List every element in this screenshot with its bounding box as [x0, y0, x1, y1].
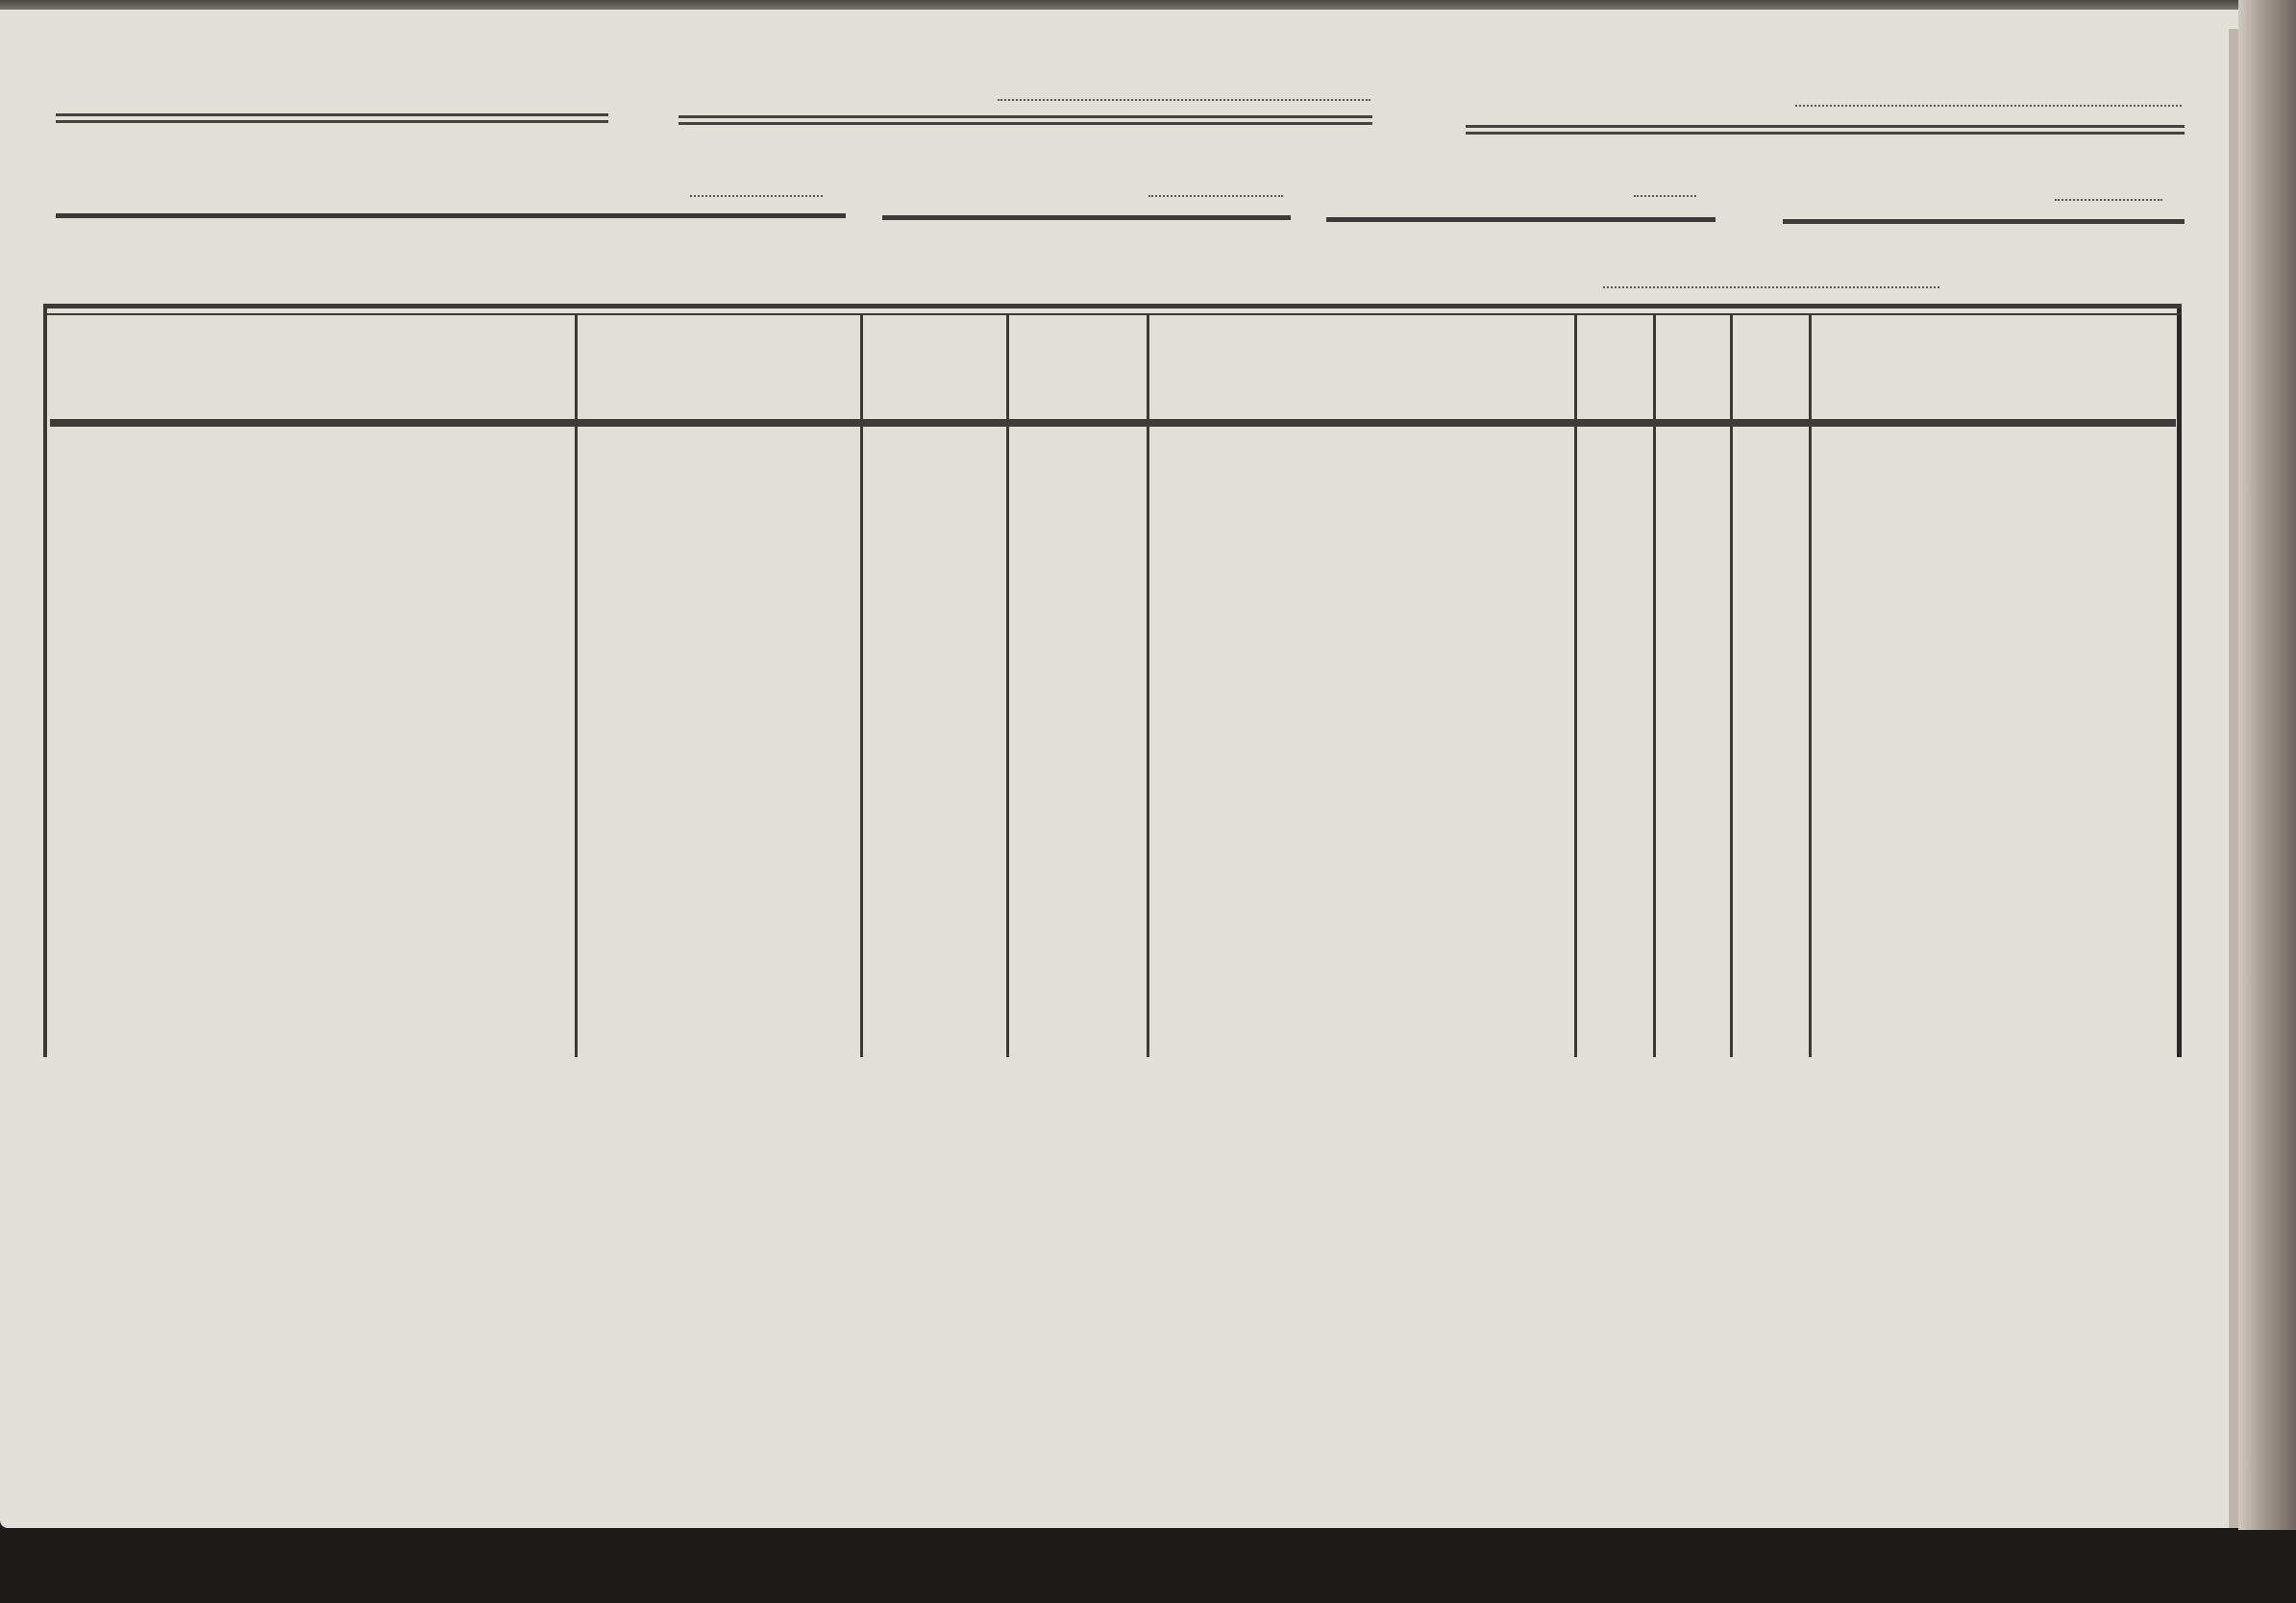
book-binding [2238, 0, 2296, 1603]
ayuntamiento-field-line [998, 99, 1370, 101]
table-top-rule [43, 304, 2182, 315]
stats-rule-1 [56, 213, 846, 218]
stats-rule-4 [1783, 219, 2185, 224]
page-edge [2229, 29, 2238, 1528]
table-header-rule [50, 419, 2176, 427]
province-rule [56, 113, 608, 123]
stats-rule-3 [1326, 217, 1716, 222]
ayuntamiento-rule [679, 115, 1372, 125]
partido-rule [1466, 125, 2185, 135]
book-cover-bottom [0, 1530, 2296, 1603]
vecinos-field-line [690, 195, 823, 197]
concejales-field-line [1603, 286, 1939, 288]
electores-field-line [2055, 199, 2162, 201]
derecho-field-line [1634, 195, 1696, 197]
hecho-field-line [1148, 195, 1283, 197]
stats-rule-2 [882, 215, 1291, 220]
partido-field-line [1795, 105, 2182, 107]
